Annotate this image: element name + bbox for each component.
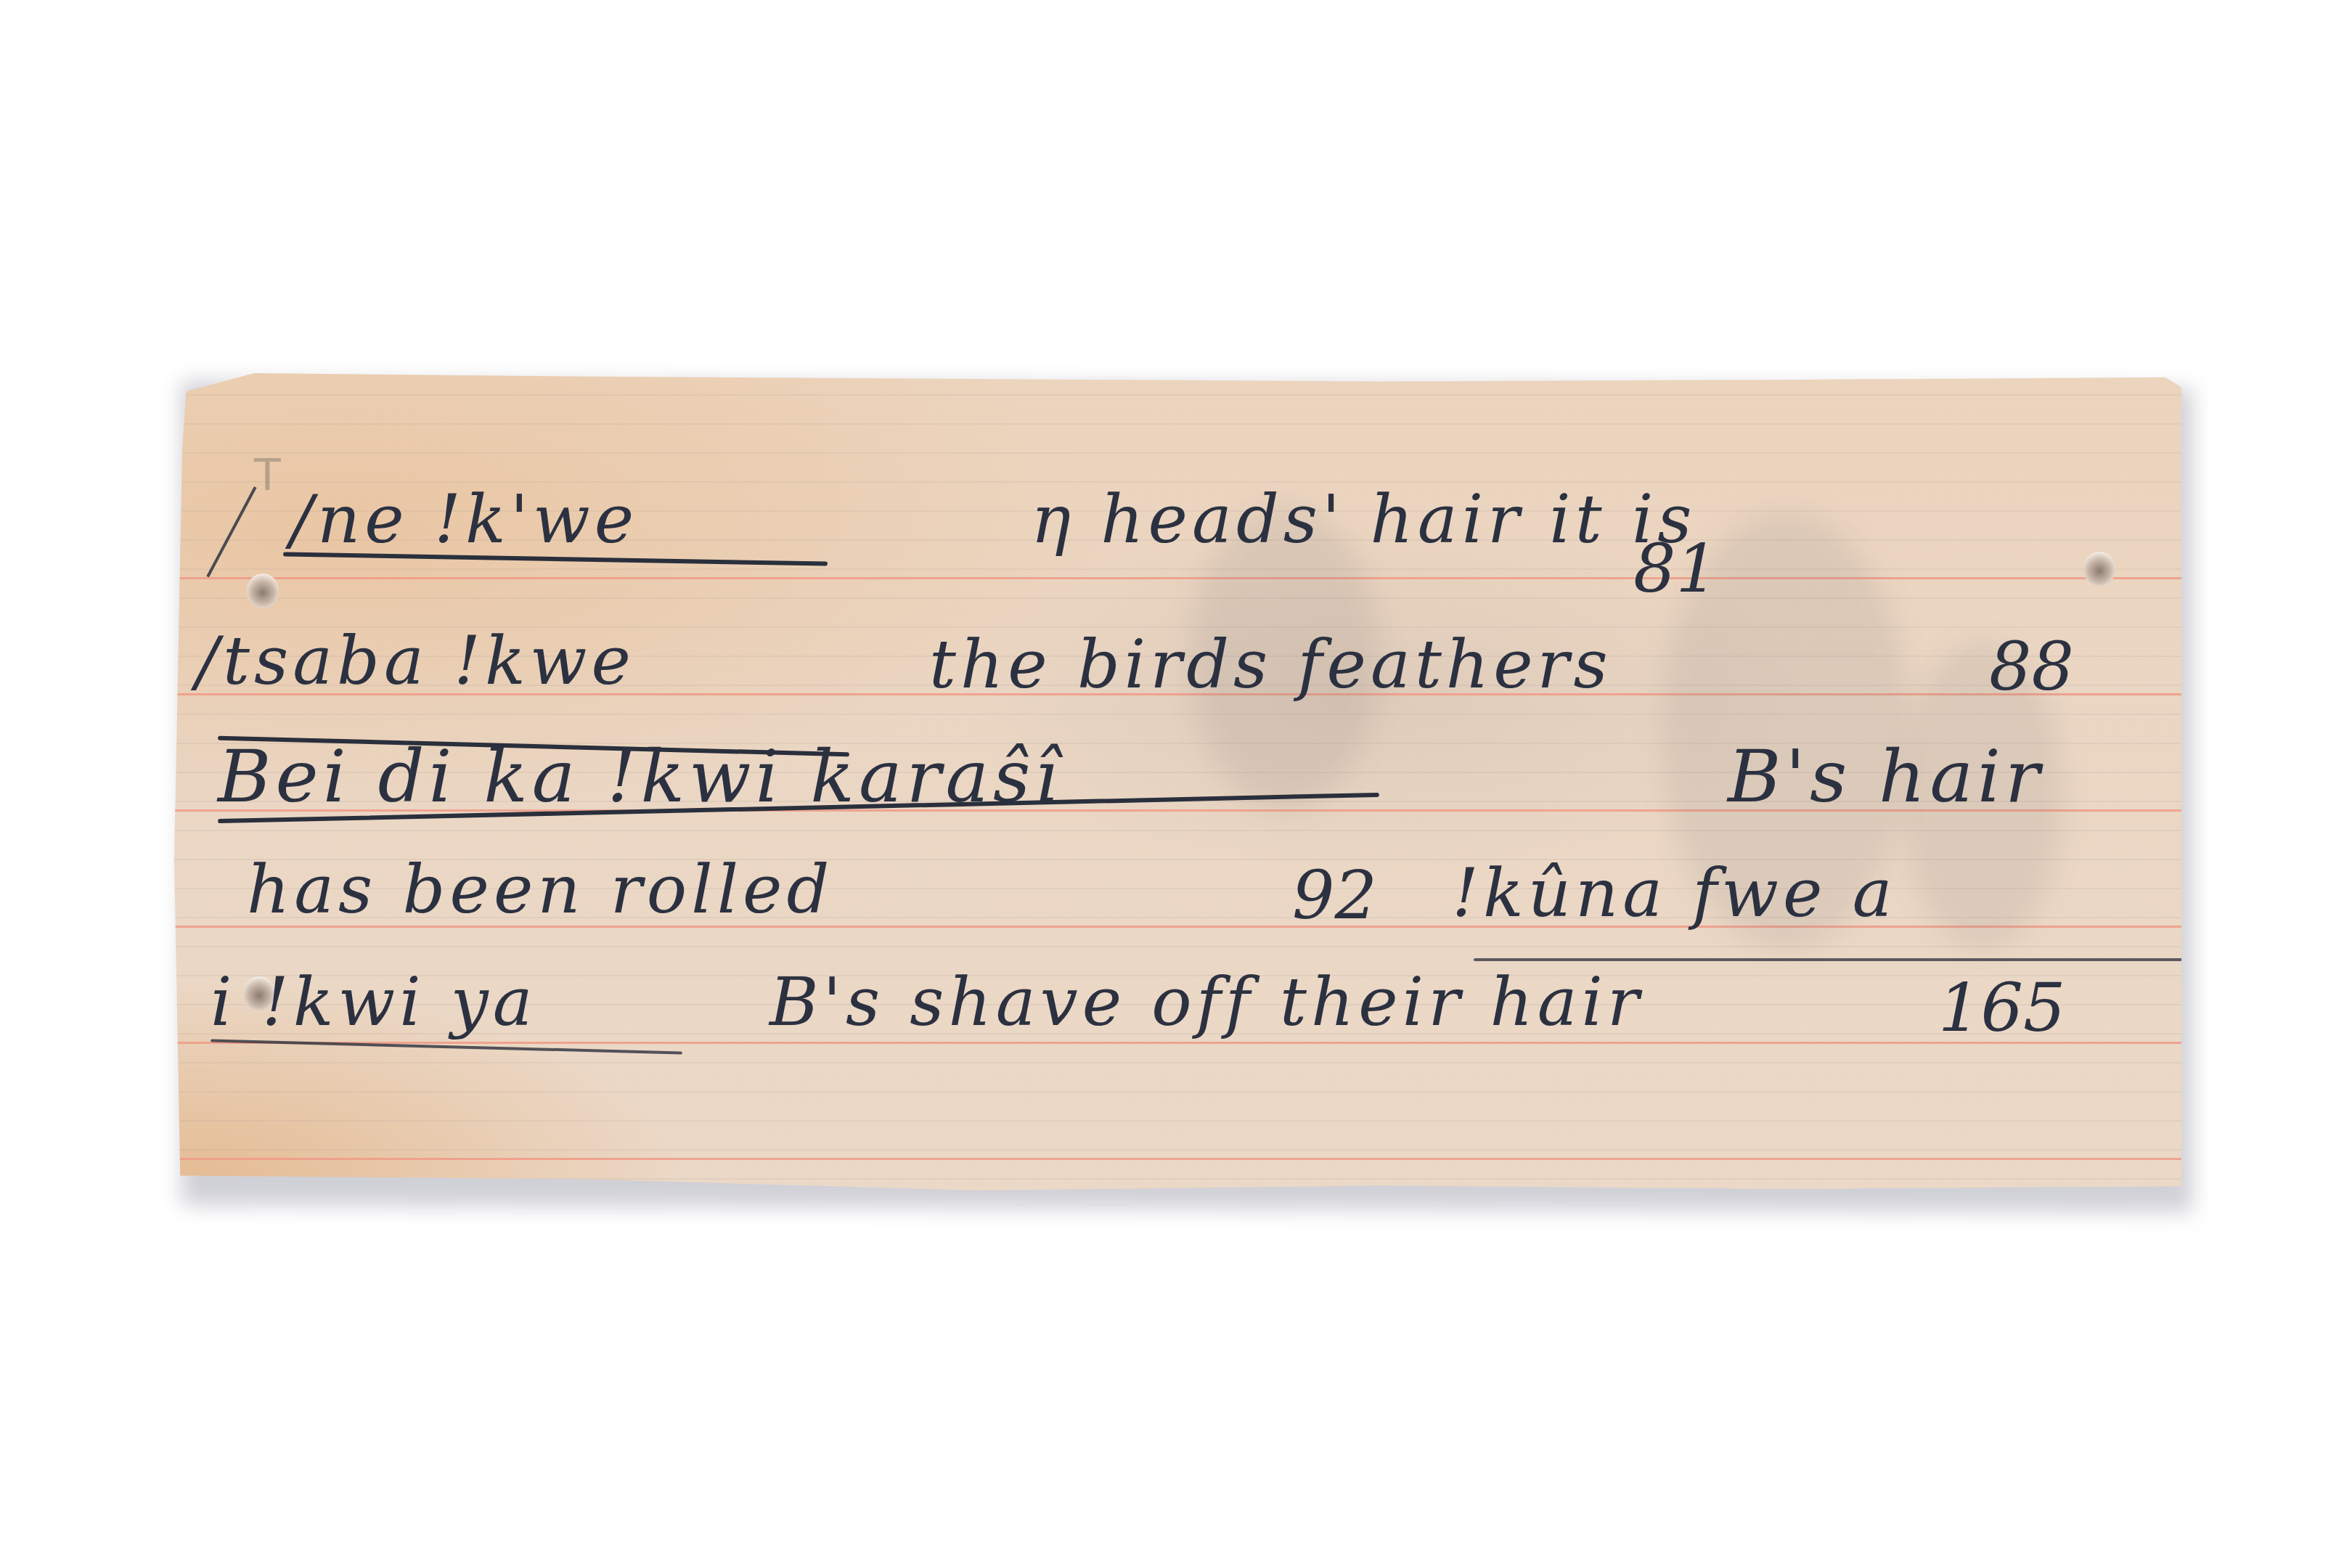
entry-4-page-ref: 92	[1292, 857, 1377, 934]
pencil-mark: T	[254, 450, 281, 501]
entry-5-original: i !kwi ya	[211, 969, 537, 1036]
entry-4-original: !kûna fwe a	[1452, 860, 1897, 927]
photo-stage: T /ne !k'we η heads' hair it is 81 /tsab…	[0, 0, 2352, 1568]
punch-hole	[247, 573, 279, 608]
click-stroke	[206, 486, 256, 577]
ruled-line	[174, 1158, 2181, 1160]
entry-2-gloss: the birds feathers	[929, 632, 1612, 698]
ruled-line	[174, 1042, 2181, 1044]
entry-5-gloss: B's shave off their hair	[769, 969, 1643, 1036]
entry-4-underline	[1474, 958, 2181, 961]
entry-2-original: /tsaba !kwe	[196, 628, 635, 695]
ruled-line	[174, 577, 2181, 579]
index-card: T /ne !k'we η heads' hair it is 81 /tsab…	[174, 367, 2181, 1191]
entry-1-gloss: η heads' hair it is	[1031, 486, 1696, 553]
entry-1-page-ref: 81	[1633, 530, 1718, 608]
entry-4-gloss: has been rolled	[247, 857, 833, 923]
entry-5-page-ref: 165	[1938, 969, 2066, 1047]
entry-3-gloss: B's hair	[1728, 740, 2044, 813]
entry-2-page-ref: 88	[1989, 628, 2074, 706]
entry-1-original: /ne !k'we	[290, 486, 638, 553]
punch-hole	[2083, 552, 2115, 587]
